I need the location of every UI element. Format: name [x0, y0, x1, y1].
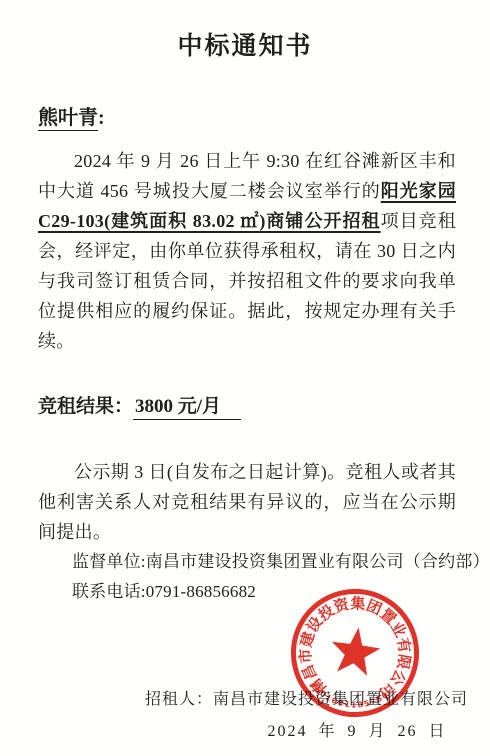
document-title: 中标通知书: [0, 0, 490, 64]
document-date: 2024 年 9 月 26 日: [212, 720, 490, 744]
document-page: 中标通知书 熊叶青: 2024 年 9 月 26 日上午 9:30 在红谷滩新区…: [0, 0, 490, 756]
seal-star-icon: [328, 624, 383, 677]
body-text-post: 项目竞租会，经评定，由你单位获得承租权，请在 30 日之内与我司签订租赁合同，并…: [38, 211, 456, 351]
body-paragraph: 2024 年 9 月 26 日上午 9:30 在红谷滩新区丰和中大道 456 号…: [38, 146, 456, 356]
lessor-label: 招租人：: [145, 691, 213, 708]
bid-result-label: 竞租结果：: [38, 396, 133, 417]
lessor-line: 招租人：南昌市建设投资集团置业有限公司: [145, 687, 490, 713]
bid-result-value: 3800 元/月: [133, 396, 241, 420]
publicity-paragraph: 公示期 3 日(自发布之日起计算)。竞租人或者其他利害关系人对竞租结果有异议的，…: [38, 457, 456, 547]
phone-line: 联系电话:0791-86856682: [38, 577, 470, 607]
bid-result-line: 竞租结果：3800 元/月: [38, 393, 456, 421]
lessor-name: 南昌市建设投资集团置业有限公司: [213, 691, 468, 708]
supervisor-line: 监督单位:南昌市建设投资集团置业有限公司（合约部）: [38, 547, 470, 577]
addressee-line: 熊叶青:: [38, 106, 456, 130]
addressee-name: 熊叶青: [38, 107, 98, 131]
addressee-colon: :: [98, 107, 105, 129]
